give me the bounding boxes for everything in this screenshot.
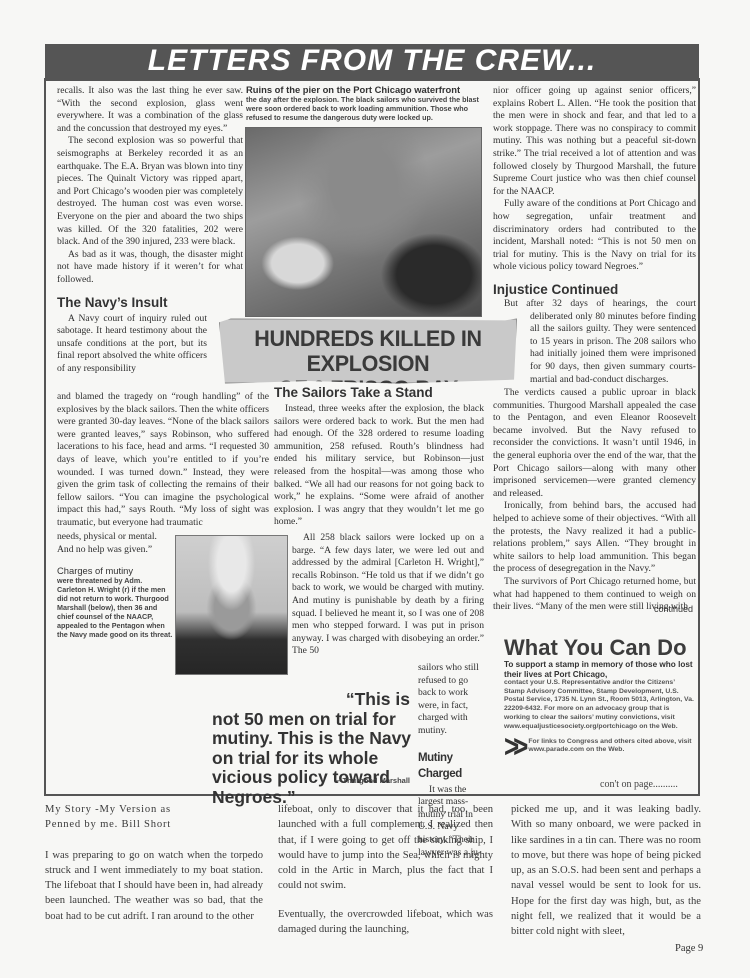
pier-ruins-photo — [245, 127, 482, 317]
admiral-caption: Charges of mutiny were threatened by Adm… — [57, 565, 173, 639]
paragraph: Fully aware of the conditions at Port Ch… — [493, 198, 696, 274]
box-lead: To support a stamp in memory of those wh… — [504, 660, 696, 679]
paragraph: All 258 black sailors were locked up on … — [292, 532, 484, 658]
story-title: My Story -My Version as Penned by me. Bi… — [45, 802, 263, 833]
article-column-3-wrap: But after 32 days of hearings, the court… — [530, 298, 696, 386]
paragraph: picked me up, and it was leaking badly. … — [511, 802, 701, 940]
story-title-line-2: Penned by me. Bill Short — [45, 817, 263, 832]
paragraph: lifeboat, only to discover that it had, … — [278, 802, 493, 894]
story-column-1: My Story -My Version as Penned by me. Bi… — [45, 802, 263, 924]
section-banner: LETTERS FROM THE CREW... — [45, 44, 699, 78]
box-body: contact your U.S. Representative and/or … — [504, 679, 696, 731]
paragraph: But after 32 days of hearings, the court… — [530, 298, 696, 386]
caption-body: were threatened by Adm. Carleton H. Wrig… — [57, 576, 173, 639]
article-column-1-end: needs, physical or mental. And no help w… — [57, 531, 169, 556]
pull-quote-text: not 50 men on trial for mutiny. This is … — [212, 709, 411, 807]
story-column-2: lifeboat, only to discover that it had, … — [278, 802, 493, 937]
caption-body: the day after the explosion. The black s… — [246, 95, 486, 122]
pull-quote: “This is not 50 men on trial for mutiny.… — [212, 690, 412, 807]
paragraph: A Navy court of inquiry ruled out sabota… — [57, 313, 207, 376]
section-heading: Injustice Continued — [493, 282, 696, 298]
web-link-text[interactable]: For links to Congress and others cited a… — [528, 738, 696, 755]
continued-label: continued — [654, 604, 693, 614]
article-column-3-continued: The verdicts caused a public uproar in b… — [493, 387, 696, 614]
paragraph: and blamed the tragedy on “rough handlin… — [57, 391, 269, 530]
section-heading: The Navy’s Insult — [57, 295, 243, 311]
article-column-1-continued: and blamed the tragedy on “rough handlin… — [57, 391, 269, 530]
box-title: What You Can Do — [504, 636, 696, 660]
section-heading: The Sailors Take a Stand — [274, 385, 484, 401]
caption-title: Ruins of the pier on the Port Chicago wa… — [246, 84, 486, 95]
paragraph: Eventually, the overcrowded lifeboat, wh… — [278, 907, 493, 938]
pull-quote-attribution: —Thurgood Marshall — [290, 776, 410, 785]
clipping-line-1: HUNDREDS KILLED IN EXPLOSION — [220, 326, 516, 376]
article-column-1: recalls. It also was the last thing he e… — [57, 85, 243, 375]
what-you-can-do-box: What You Can Do To support a stamp in me… — [504, 636, 696, 757]
paragraph: The second explosion was so powerful tha… — [57, 135, 243, 248]
paragraph: Ironically, from behind bars, the accuse… — [493, 500, 696, 576]
paragraph: Instead, three weeks after the explosion… — [274, 403, 484, 529]
page-number: Page 9 — [675, 943, 703, 954]
ruins-caption: Ruins of the pier on the Port Chicago wa… — [246, 84, 486, 122]
paragraph: recalls. It also was the last thing he e… — [57, 85, 243, 135]
paragraph: sailors who still refused to go back to … — [418, 662, 486, 738]
section-heading: Mutiny Charged — [418, 750, 486, 782]
article-column-2-continued: All 258 black sailors were locked up on … — [292, 532, 484, 658]
caption-title: Charges of mutiny — [57, 565, 173, 576]
paragraph: I was preparing to go on watch when the … — [45, 848, 263, 924]
pull-quote-first-line: “This is — [212, 690, 412, 710]
article-column-2: The Sailors Take a Stand Instead, three … — [274, 381, 484, 529]
newspaper-headline-clipping: HUNDREDS KILLED IN EXPLOSION OF 2 FRISCO… — [219, 318, 517, 383]
paragraph: nior officer going up against senior off… — [493, 85, 696, 198]
paragraph: needs, physical or mental. And no help w… — [57, 531, 169, 556]
continued-on-page: con't on page.......... — [600, 779, 678, 790]
story-title-line-1: My Story -My Version as — [45, 802, 263, 817]
story-column-3: picked me up, and it was leaking badly. … — [511, 802, 701, 940]
article-column-3: nior officer going up against senior off… — [493, 85, 696, 300]
admiral-wright-photo — [175, 535, 288, 675]
web-link-callout: >> For links to Congress and others cite… — [504, 735, 696, 757]
paragraph: The verdicts caused a public uproar in b… — [493, 387, 696, 500]
paragraph: As bad as it was, though, the disaster m… — [57, 249, 243, 287]
double-chevron-right-icon: >> — [504, 733, 528, 759]
